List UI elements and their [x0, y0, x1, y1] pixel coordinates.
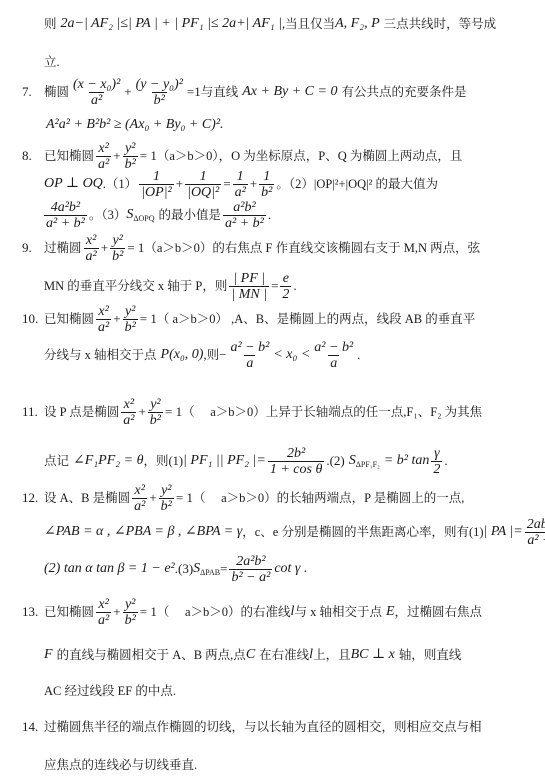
item-7-line-2: A²a² + B²b² ≥ (Ax₀ + By₀ + C)².: [46, 117, 224, 133]
text: ,则: [203, 347, 219, 363]
equals-one: = 1: [140, 311, 157, 327]
numerator: y²: [159, 483, 173, 498]
denominator: b²: [110, 248, 125, 264]
numerator: a² − b²: [312, 340, 355, 355]
numerator: | PF |: [231, 271, 267, 286]
denominator: |OQ|²: [185, 184, 221, 200]
item-number-13: 13.: [22, 604, 38, 620]
fraction: 2a²b²b² − a²: [229, 554, 272, 585]
text: 应焦点的连线必与切线垂直.: [44, 757, 197, 773]
denominator: b² − a²: [229, 569, 272, 585]
fraction: x²a²: [132, 483, 147, 514]
denominator: a: [328, 355, 339, 371]
intro-line-1: 则 2a−| AF₂ |≤| PA | + | PF₁ |≤ 2a+| AF₁ …: [44, 16, 496, 32]
numerator: y²: [123, 304, 137, 319]
plus-sign: +: [149, 490, 156, 506]
denominator: b²: [148, 412, 163, 428]
denominator: b²: [123, 612, 138, 628]
text: 的最小值是: [159, 207, 222, 223]
numerator: 2a²b²: [234, 554, 267, 569]
item-number-8: 8.: [22, 148, 32, 164]
fraction: y²b²: [110, 233, 125, 264]
denominator: b²: [152, 92, 167, 108]
denominator: a² + b²: [44, 215, 87, 231]
text: 过椭圆焦半径的端点作椭圆的切线，与以长轴为直径的圆相交，则相应交点与相: [44, 719, 482, 735]
item-8-line-2: OP ⊥ OQ .（1） 1|OP|² + 1|OQ|² = 1a² + 1b²…: [44, 168, 438, 200]
period: .: [357, 347, 360, 363]
denominator: a²: [89, 92, 104, 108]
plus-sign: +: [113, 604, 120, 620]
equals-one: = 1: [176, 490, 193, 506]
plus-sign: +: [124, 84, 131, 100]
denominator: |OP|²: [139, 184, 174, 200]
period: .: [444, 453, 447, 469]
numerator: x²: [122, 397, 136, 412]
fraction: e2: [280, 271, 291, 302]
item-13-line-3: AC 经过线段 EF 的中点.: [44, 683, 176, 699]
text: 三点共线时，等号成: [384, 16, 497, 32]
area-symbol: SΔPF₁F₂: [349, 453, 380, 469]
fraction: y²b²: [148, 397, 163, 428]
fraction: 1b²: [259, 169, 274, 200]
text: 过椭圆: [44, 240, 82, 256]
denominator: a²: [132, 498, 147, 514]
item-9-line-2: MN 的垂直平分线交 x 轴于 P，则 | PF || MN | = e2 .: [44, 270, 297, 302]
fraction: 1|OP|²: [139, 169, 174, 200]
area-symbol: SΔOPQ: [126, 207, 154, 223]
item-7-line-1: 椭圆 (x − x₀)²a² + (y − y₀)²b² =1 与直线 Ax +…: [44, 76, 466, 108]
item-number-10: 10.: [22, 311, 38, 327]
fraction: x²a²: [96, 141, 111, 172]
denominator: 2: [280, 286, 291, 302]
plus-sign: +: [101, 240, 108, 256]
text: 已知椭圆: [44, 604, 94, 620]
item-12-line-3: (2) tan α tan β = 1 − e² .(3) SΔPAB = 2a…: [44, 553, 307, 585]
item-14-line-1: 过椭圆焦半径的端点作椭圆的切线，与以长轴为直径的圆相交，则相应交点与相: [44, 719, 482, 735]
fraction: | PF || MN |: [229, 271, 269, 302]
denominator: a²: [96, 319, 111, 335]
denominator: a²: [96, 612, 111, 628]
perpendicular-formula: BC ⊥ x: [351, 647, 395, 663]
denominator: b²: [159, 498, 174, 514]
item-14-line-2: 应焦点的连线必与切线垂直.: [44, 757, 197, 773]
area-formula: = b² tan: [384, 453, 430, 469]
item-11-line-1: 设 P 点是椭圆 x²a² + y²b² = 1 （ a＞b＞0）上异于长轴端点…: [44, 396, 482, 428]
text: 与直线: [201, 84, 239, 100]
fraction: x²a²: [96, 597, 111, 628]
fraction: x²a²: [84, 233, 99, 264]
period: .: [293, 278, 296, 294]
numerator: x²: [96, 597, 110, 612]
cot-formula: cot γ .: [274, 561, 307, 577]
fraction: y²b²: [123, 141, 138, 172]
numerator: 1: [261, 169, 272, 184]
fraction: a² − b²a: [312, 340, 355, 371]
item-13-line-1: 已知椭圆 x²a² + y²b² = 1 （ a＞b＞0）的右准线 l 与 x …: [44, 596, 482, 628]
point-c: C: [246, 647, 255, 663]
numerator: y²: [123, 141, 137, 156]
numerator: 2ab² | cos α: [525, 517, 545, 532]
point-e: E: [386, 604, 395, 620]
text: .(2): [326, 453, 344, 469]
numerator: x²: [84, 233, 98, 248]
denominator: | MN |: [229, 286, 269, 302]
item-11-line-2: 点记 ∠F₁PF₂ = θ ，则(1) | PF₁ || PF₂ |= 2b²1…: [44, 445, 448, 477]
text: （ a＞b＞0）的右准线: [157, 604, 291, 620]
text: 在右准线: [259, 647, 309, 663]
text: （a＞b＞0）的右焦点 F 作直线交该椭圆右支于 M,N 两点，弦: [144, 240, 480, 256]
point-f: F: [44, 647, 53, 663]
subscript: ΔOPQ: [133, 214, 154, 223]
angle-formula: ∠F₁PF₂ = θ: [73, 453, 143, 469]
equals-one: = 1: [140, 604, 157, 620]
text: 上，且: [313, 647, 351, 663]
points-formula: A, F₂, P: [335, 16, 380, 32]
text: 分线与 x 轴相交于点: [44, 347, 157, 363]
text: ，则(1): [143, 453, 183, 469]
denominator: b²: [259, 184, 274, 200]
product-formula: | PF₁ || PF₂ |=: [183, 453, 266, 469]
numerator: y²: [148, 397, 162, 412]
numerator: e: [281, 271, 291, 286]
text: 立.: [44, 54, 60, 70]
item-12-line-2: ∠PAB = α , ∠PBA = β , ∠BPA = γ ，c、e 分别是椭…: [44, 516, 545, 548]
numerator: 1: [151, 169, 162, 184]
text: 。（2）|OP|²+|OQ|² 的最大值为: [276, 176, 438, 192]
text: AC 经过线段 EF 的中点.: [44, 683, 176, 699]
fraction: 2ab² | cos αa² − c² cos²: [525, 517, 545, 548]
text: 已知椭圆: [44, 311, 94, 327]
item-number-7: 7.: [22, 84, 32, 100]
area-symbol: SΔPAB: [193, 561, 220, 577]
fraction: 2b²1 + cos θ: [268, 446, 325, 477]
plus-sign: +: [250, 176, 257, 192]
fraction: (x − x₀)²a²: [71, 77, 122, 108]
text: 有公共点的充要条件是: [341, 84, 466, 100]
perpendicular-formula: OP ⊥ OQ: [44, 176, 103, 192]
denominator: 2: [431, 461, 442, 477]
text: （a＞b＞0），O 为坐标原点，P、Q 为椭圆上两动点，且: [157, 148, 463, 164]
plus-sign: +: [113, 148, 120, 164]
item-8-line-3: 4a²b²a² + b² 。（3） SΔOPQ 的最小值是 a²b²a² + b…: [42, 199, 271, 231]
denominator: a² − c² cos²: [525, 532, 545, 548]
angles-formula: ∠PAB = α , ∠PBA = β , ∠BPA = γ: [44, 524, 242, 540]
condition-formula: A²a² + B²b² ≥ (Ax₀ + By₀ + C)².: [46, 117, 224, 133]
text: 轴，则直线: [399, 647, 462, 663]
text: 与 x 轴相交于点: [294, 604, 382, 620]
fraction: x²a²: [121, 397, 136, 428]
text: 。（3）: [89, 207, 127, 223]
numerator: x²: [96, 141, 110, 156]
item-13-line-2: F 的直线与椭圆相交于 A、B 两点,点 C 在右准线 l 上，且 BC ⊥ x…: [44, 647, 461, 663]
numerator: a² − b²: [228, 340, 271, 355]
denominator: b²: [123, 319, 138, 335]
text: （ a＞b＞0） ,A、B、是椭圆上的两点，线段 AB 的垂直平: [157, 311, 475, 327]
fraction: 1a²: [233, 169, 248, 200]
subscript: ΔPF₁F₂: [356, 460, 380, 469]
inequality-formula: 2a−| AF₂ |≤| PA | + | PF₁ |≤ 2a+| AF₁ |: [61, 16, 282, 32]
text: .(3): [175, 561, 193, 577]
inequality: < x₀ <: [273, 347, 310, 363]
fraction: x²a²: [96, 304, 111, 335]
line-equation: Ax + By + C = 0: [242, 84, 337, 100]
text: 则: [44, 16, 57, 32]
text: .（1）: [103, 176, 137, 192]
text: （ a＞b＞0）的长轴两端点，P 是椭圆上的一点,: [193, 490, 464, 506]
text: ，过椭圆右焦点: [395, 604, 483, 620]
item-9-line-1: 过椭圆 x²a² + y²b² = 1 （a＞b＞0）的右焦点 F 作直线交该椭…: [44, 232, 480, 264]
denominator: a²: [84, 248, 99, 264]
denominator: a: [244, 355, 255, 371]
item-10-line-1: 已知椭圆 x²a² + y²b² = 1 （ a＞b＞0） ,A、B、是椭圆上的…: [44, 303, 475, 335]
subscript: ΔPAB: [200, 568, 220, 577]
text: 的直线与椭圆相交于 A、B 两点,点: [57, 647, 246, 663]
denominator: a² + b²: [223, 215, 266, 231]
equals-sign: =: [223, 176, 230, 192]
period: .: [268, 207, 271, 223]
equals-sign: =: [220, 561, 227, 577]
text: 点记: [44, 453, 69, 469]
numerator: y²: [110, 233, 124, 248]
plus-sign: +: [176, 176, 183, 192]
equals-sign: =: [271, 278, 278, 294]
text: 椭圆: [44, 84, 69, 100]
fraction: a² − b²a: [228, 340, 271, 371]
item-number-12: 12.: [22, 490, 38, 506]
pa-formula: | PA |=: [484, 524, 523, 540]
point-formula: P(x₀, 0): [161, 347, 204, 363]
equals-one: = 1: [165, 404, 182, 420]
numerator: a²b²: [231, 200, 257, 215]
text: 已知椭圆: [44, 148, 94, 164]
fraction: 4a²b²a² + b²: [44, 200, 87, 231]
text: （ a＞b＞0）上异于长轴端点的任一点,F₁、F₂ 为其焦: [182, 404, 482, 420]
item-12-line-1: 设 A、B 是椭圆 x²a² + y²b² = 1 （ a＞b＞0）的长轴两端点…: [44, 482, 464, 514]
fraction: y²b²: [159, 483, 174, 514]
denominator: a²: [233, 184, 248, 200]
equals-one: = 1: [140, 148, 157, 164]
numerator: γ: [432, 446, 442, 461]
numerator: 1: [235, 169, 246, 184]
item-number-14: 14.: [22, 719, 38, 735]
fraction: (y − y₀)²b²: [134, 77, 185, 108]
equals-one: =1: [187, 84, 201, 100]
numerator: x²: [133, 483, 147, 498]
numerator: y²: [123, 597, 137, 612]
plus-sign: +: [138, 404, 145, 420]
denominator: 1 + cos θ: [268, 461, 325, 477]
fraction: y²b²: [123, 304, 138, 335]
numerator: 1: [198, 169, 209, 184]
denominator: a²: [121, 412, 136, 428]
text: MN 的垂直平分线交 x 轴于 P，则: [44, 278, 227, 294]
text: ，c、e 分别是椭圆的半焦距离心率，则有(1): [242, 524, 483, 540]
fraction: y²b²: [123, 597, 138, 628]
text: 设 A、B 是椭圆: [44, 490, 130, 506]
numerator: (y − y₀)²: [134, 77, 185, 92]
numerator: 2b²: [285, 446, 307, 461]
text: 设 P 点是椭圆: [44, 404, 119, 420]
plus-sign: +: [113, 311, 120, 327]
intro-line-2: 立.: [44, 54, 60, 70]
numerator: (x − x₀)²: [71, 77, 122, 92]
fraction: γ2: [431, 446, 442, 477]
numerator: x²: [96, 304, 110, 319]
fraction: 1|OQ|²: [185, 169, 221, 200]
item-number-11: 11.: [22, 404, 38, 420]
item-number-9: 9.: [22, 240, 32, 256]
numerator: 4a²b²: [49, 200, 82, 215]
tan-product-formula: (2) tan α tan β = 1 − e²: [44, 561, 175, 577]
fraction: a²b²a² + b²: [223, 200, 266, 231]
item-10-line-2: 分线与 x 轴相交于点 P(x₀, 0) ,则 − a² − b²a < x₀ …: [44, 339, 360, 371]
equals-one: = 1: [127, 240, 144, 256]
minus-sign: −: [219, 347, 226, 363]
text: ,当且仅当: [282, 16, 335, 32]
